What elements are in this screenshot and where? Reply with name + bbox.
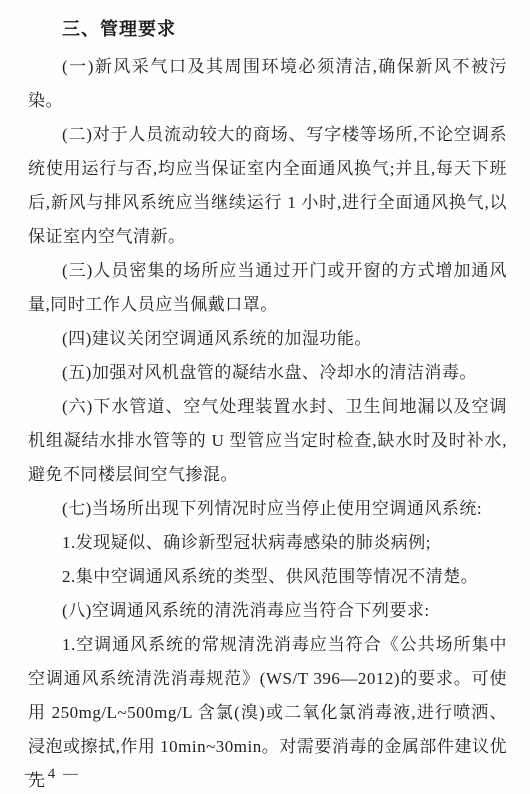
page-number: — 4 — bbox=[25, 766, 80, 783]
paragraph: (二)对于人员流动较大的商场、写字楼等场所,不论空调系统使用运行与否,均应当保证… bbox=[28, 118, 507, 254]
paragraph: (三)人员密集的场所应当通过开门或开窗的方式增加通风量,同时工作人员应当佩戴口罩… bbox=[28, 254, 507, 322]
paragraph: (六)下水管道、空气处理装置水封、卫生间地漏以及空调机组凝结水排水管等的 U 型… bbox=[28, 390, 507, 492]
paragraph: 1.空调通风系统的常规清洗消毒应当符合《公共场所集中空调通风系统清洗消毒规范》(… bbox=[28, 628, 507, 794]
paragraph: (七)当场所出现下列情况时应当停止使用空调通风系统: bbox=[28, 492, 507, 526]
section-heading: 三、管理要求 bbox=[62, 13, 507, 45]
paragraph: 2.集中空调通风系统的类型、供风范围等情况不清楚。 bbox=[28, 560, 507, 594]
document-page: 三、管理要求 (一)新风采气口及其周围环境必须清洁,确保新风不被污染。 (二)对… bbox=[0, 0, 530, 794]
paragraph: (一)新风采气口及其周围环境必须清洁,确保新风不被污染。 bbox=[28, 50, 507, 118]
paragraph: (四)建议关闭空调通风系统的加湿功能。 bbox=[28, 322, 507, 356]
paragraph: 1.发现疑似、确诊新型冠状病毒感染的肺炎病例; bbox=[28, 526, 507, 560]
document-body: 三、管理要求 (一)新风采气口及其周围环境必须清洁,确保新风不被污染。 (二)对… bbox=[28, 13, 507, 794]
paragraph: (八)空调通风系统的清洗消毒应当符合下列要求: bbox=[28, 594, 507, 628]
paragraph: (五)加强对风机盘管的凝结水盘、冷却水的清洁消毒。 bbox=[28, 356, 507, 390]
